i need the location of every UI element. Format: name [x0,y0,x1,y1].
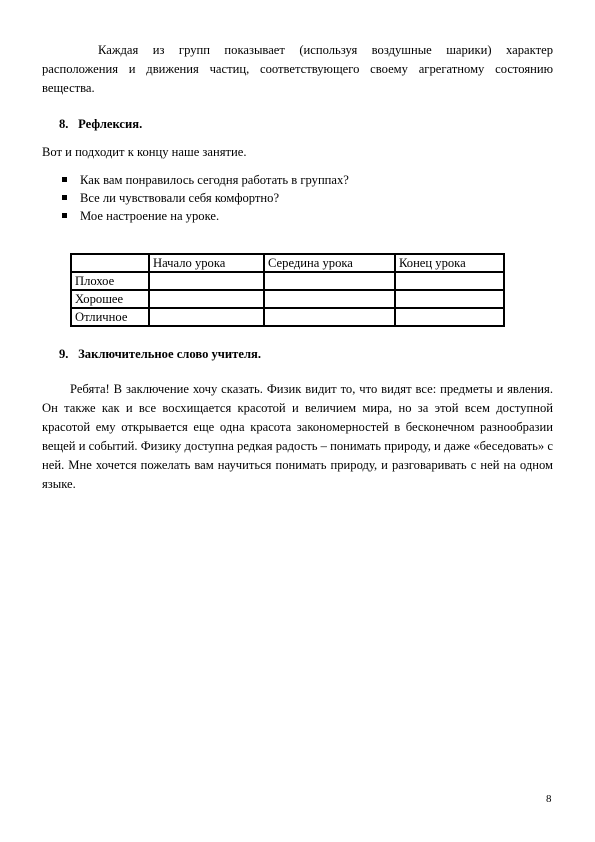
section-9-number: 9. [59,347,75,362]
document-page: Каждая из групп показывает (используя во… [0,0,595,842]
list-item: Мое настроение на уроке. [60,207,349,225]
table-cell [149,272,264,290]
page-number: 8 [546,793,552,805]
square-bullet-icon [62,213,67,218]
mood-table: Начало урока Середина урока Конец урока … [70,253,505,327]
table-cell [395,272,504,290]
table-row: Отличное [71,308,504,326]
table-cell [264,290,395,308]
section-9-heading: 9. Заключительное слово учителя. [59,347,261,362]
table-cell [395,308,504,326]
table-cell [264,272,395,290]
row-label: Отличное [71,308,149,326]
table-cell [395,290,504,308]
section-8-heading: 8. Рефлексия. [59,117,142,132]
table-header-cell: Конец урока [395,254,504,272]
table-cell [149,308,264,326]
section-9-title: Заключительное слово учителя. [78,347,261,361]
list-item: Все ли чувствовали себя комфортно? [60,189,349,207]
table-row: Плохое [71,272,504,290]
reflection-questions: Как вам понравилось сегодня работать в г… [60,171,349,225]
table-header-cell: Начало урока [149,254,264,272]
table-cell [264,308,395,326]
intro-paragraph: Каждая из групп показывает (используя во… [42,41,553,98]
section-8-title: Рефлексия. [78,117,142,131]
table-row: Хорошее [71,290,504,308]
row-label: Хорошее [71,290,149,308]
section-9-paragraph: Ребята! В заключение хочу сказать. Физик… [42,380,553,494]
square-bullet-icon [62,177,67,182]
section-8-number: 8. [59,117,75,132]
list-item: Как вам понравилось сегодня работать в г… [60,171,349,189]
table-header-cell [71,254,149,272]
table-cell [149,290,264,308]
row-label: Плохое [71,272,149,290]
table-header-cell: Середина урока [264,254,395,272]
table-header-row: Начало урока Середина урока Конец урока [71,254,504,272]
section-8-lead: Вот и подходит к концу наше занятие. [42,143,553,162]
square-bullet-icon [62,195,67,200]
